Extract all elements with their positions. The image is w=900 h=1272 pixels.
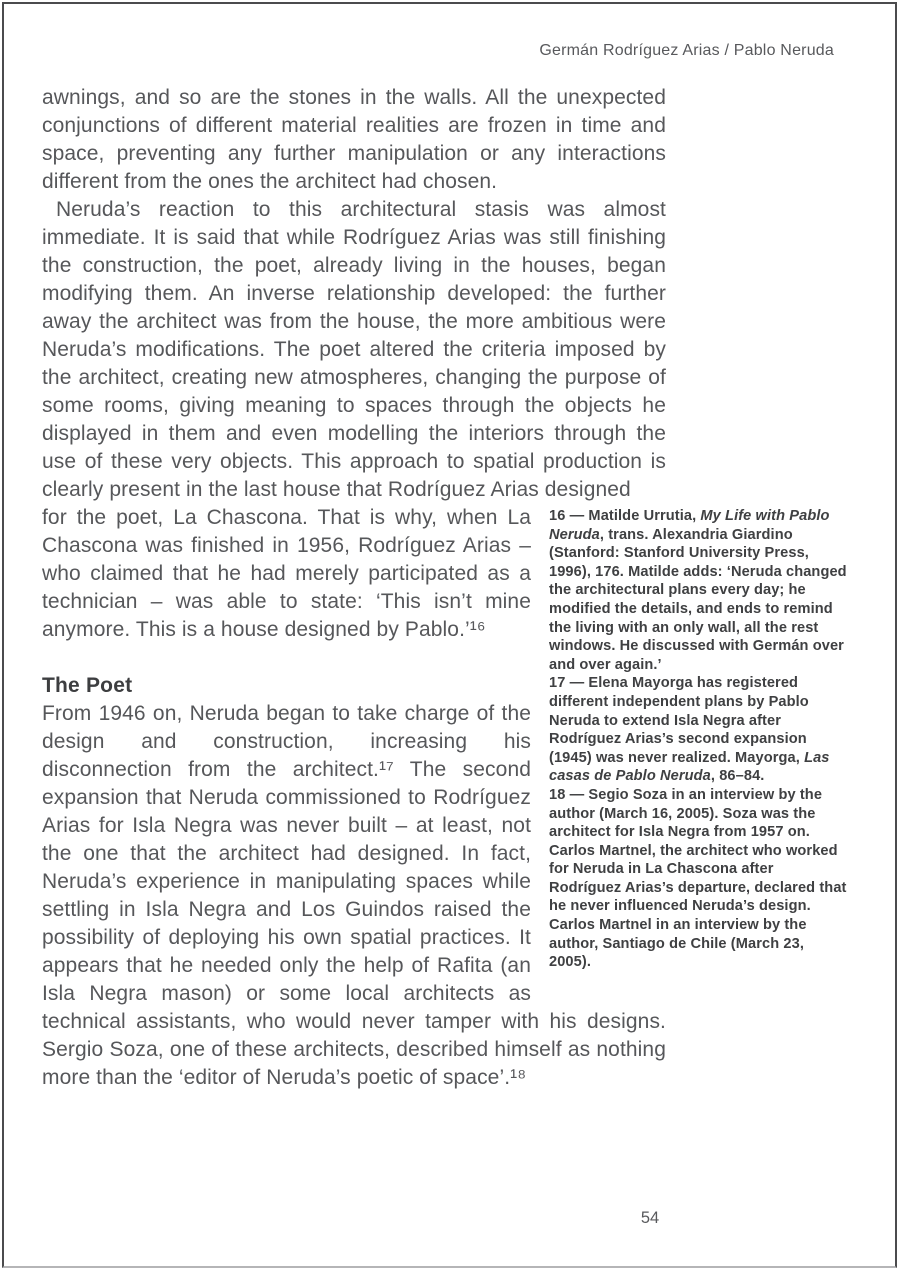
paragraph-1: awnings, and so are the stones in the wa… — [42, 84, 666, 196]
footnote-16-text: 16 — Matilde Urrutia, — [549, 508, 700, 524]
running-header: Germán Rodríguez Arias / Pablo Neruda — [539, 42, 834, 60]
paragraph-2-text-after-sidenotes: for the poet, La Chascona. That is why, … — [42, 506, 531, 641]
footnote-sidebar: 16 — Matilde Urrutia, My Life with Pablo… — [549, 507, 849, 972]
footnote-18-text: 18 — Segio Soza in an interview by the a… — [549, 787, 847, 970]
footnote-16-text-rest: , trans. Alexandria Giardino (Stanford: … — [549, 527, 847, 673]
footnote-17-text-rest: , 86–84. — [711, 768, 765, 784]
book-page: Germán Rodríguez Arias / Pablo Neruda aw… — [0, 0, 900, 1272]
footnote-17: 17 — Elena Mayorga has registered differ… — [549, 674, 849, 786]
footnote-18: 18 — Segio Soza in an interview by the a… — [549, 786, 849, 972]
paragraph-2-text-before-sidenotes: Neruda’s reaction to this architectural … — [42, 198, 666, 501]
paragraph-2: Neruda’s reaction to this architectural … — [42, 196, 666, 504]
page-number: 54 — [620, 1209, 680, 1228]
footnote-16: 16 — Matilde Urrutia, My Life with Pablo… — [549, 507, 849, 674]
footnote-17-text: 17 — Elena Mayorga has registered differ… — [549, 675, 809, 765]
text-column: awnings, and so are the stones in the wa… — [42, 84, 666, 1092]
